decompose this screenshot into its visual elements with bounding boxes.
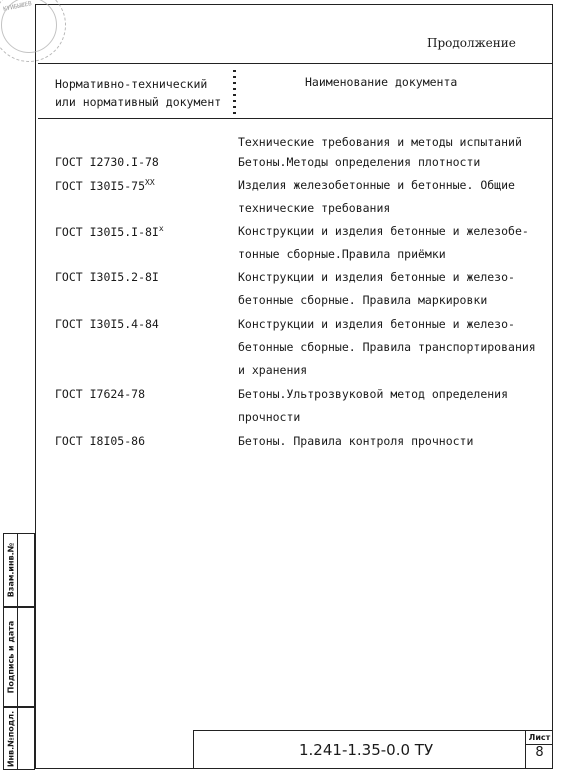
standard-code: ГОСТ I2730.I-78 <box>55 155 159 169</box>
standard-code: ГОСТ I30I5.2-8I <box>55 270 159 284</box>
sheet-label: Лист <box>526 731 553 745</box>
standard-code: ГОСТ I8I05-86 <box>55 434 145 448</box>
continuation-label: Продолжение <box>427 36 516 50</box>
standard-description: и хранения <box>238 363 307 377</box>
standard-description: технические требования <box>238 201 390 215</box>
revision-mark: x <box>159 224 164 233</box>
side-cell-replacement-inv: Взам.инв.№ <box>3 533 35 607</box>
standard-description: Конструкции и изделия бетонные и железоб… <box>238 224 529 238</box>
title-block: 1.241-1.35-0.0 ТУ Лист 8 <box>193 730 553 769</box>
document-code: 1.241-1.35-0.0 ТУ <box>299 741 433 759</box>
header-bottom-rule <box>38 118 552 119</box>
column-header-document: Нормативно-технический или нормативный д… <box>55 75 221 111</box>
standard-description: Изделия железобетонные и бетонные. Общие <box>238 178 515 192</box>
side-label: Взам.инв.№ <box>6 543 15 598</box>
standard-description: Конструкции и изделия бетонные и железо- <box>238 270 515 284</box>
standard-description: Технические требования и методы испытани… <box>238 135 522 149</box>
standard-description: прочности <box>238 410 300 424</box>
standard-description: Бетоны. Правила контроля прочности <box>238 434 473 448</box>
standard-description: Конструкции и изделия бетонные и железо- <box>238 317 515 331</box>
side-cell-original-inv: Инв.№подл. <box>3 707 35 770</box>
header-top-rule <box>38 63 552 64</box>
standard-code: ГОСТ I30I5-75XX <box>55 178 155 193</box>
standard-description: Бетоны.Ультрозвуковой метод определения <box>238 387 508 401</box>
standard-code: ГОСТ I30I5.I-8Ix <box>55 224 164 239</box>
side-label: Инв.№подл. <box>6 710 15 766</box>
side-label: Подпись и дата <box>6 621 15 694</box>
standard-description: бетонные сборные. Правила маркировки <box>238 293 487 307</box>
revision-mark: XX <box>145 178 155 187</box>
standard-code: ГОСТ I30I5.4-84 <box>55 317 159 331</box>
column-header-name: Наименование документа <box>305 75 457 89</box>
standard-code: ГОСТ I7624-78 <box>55 387 145 401</box>
standard-description: тонные сборные.Правила приёмки <box>238 247 446 261</box>
side-cell-signature-date: Подпись и дата <box>3 607 35 707</box>
sheet-number: 8 <box>526 745 553 760</box>
standard-description: Бетоны.Методы определения плотности <box>238 155 480 169</box>
standard-description: бетонные сборные. Правила транспортирова… <box>238 340 536 354</box>
column-separator <box>233 70 236 118</box>
sheet-box: Лист 8 <box>525 731 553 769</box>
